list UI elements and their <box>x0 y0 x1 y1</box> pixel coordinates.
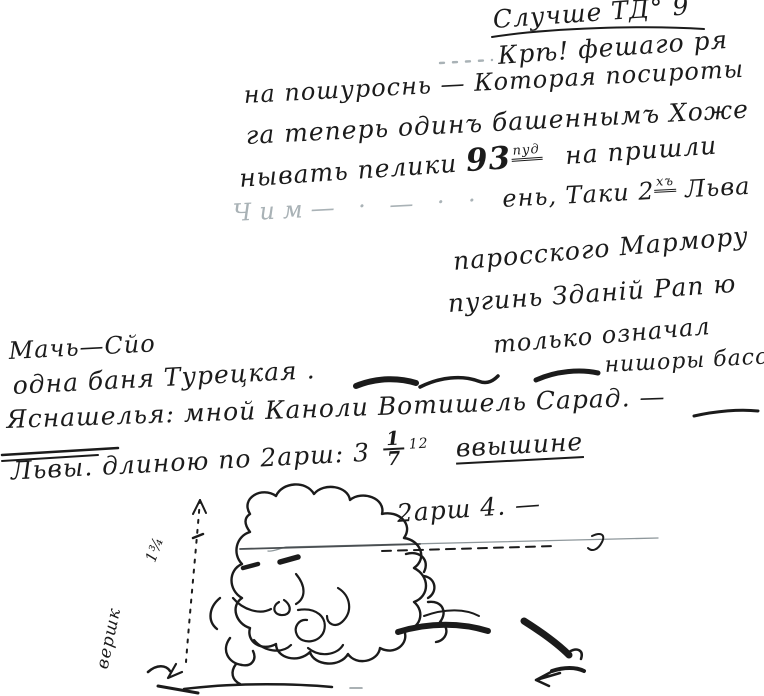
line5-text: нывать пелики <box>238 149 458 193</box>
fraction: 1 7 <box>383 429 405 468</box>
handwriting-line-11-left: одна баня Турецкая . <box>12 356 316 399</box>
handwriting-line-13: Львы. длиною по 2арш: 3 1 7 12 ввышине <box>10 424 584 492</box>
manuscript-page: Случше ТД° 9 Крѣ! фешаго ря на пошуроснь… <box>0 0 764 696</box>
weight-unit: пуд <box>510 142 542 162</box>
lion-eye-right <box>280 557 298 562</box>
fraction-denominator: 7 <box>384 447 405 468</box>
handwriting-line-8: пугинь Зданій Рап ю <box>447 270 737 318</box>
lion-eye-left <box>243 564 258 568</box>
dimension-line-vertical <box>148 500 206 693</box>
lion-mouth <box>233 598 271 612</box>
handwriting-line-11-right: нишоры бассей <box>604 344 764 378</box>
line6-text-end: Льва <box>684 172 751 203</box>
vertical-dimension-value: 1¾ <box>142 534 166 564</box>
faded-text: Чим— · — · · <box>232 186 484 227</box>
handwriting-line-7: паросского Мармору <box>452 222 750 275</box>
lion-face <box>233 557 349 654</box>
dimension-line-horizontal <box>240 534 658 551</box>
fraction-suffix: 12 <box>408 436 429 453</box>
line6-text: ень, Таки 2 <box>502 177 656 213</box>
length-dimension-label: 2арш 4. — <box>396 490 542 527</box>
handwriting-line-10: Мачь—Сйо <box>8 330 156 364</box>
lion-body <box>184 610 584 689</box>
weight-value: 93 <box>465 140 513 179</box>
line6-superscript: хъ <box>654 174 677 193</box>
handwriting-line-1: Случше ТД° 9 <box>492 0 690 33</box>
vertical-dimension-label: вершк <box>94 606 125 671</box>
fraction-numerator: 1 <box>386 430 401 449</box>
line5-text-end: на пришли <box>564 131 718 171</box>
ground-line <box>184 684 332 689</box>
height-word-underlined: ввышине <box>455 427 584 465</box>
lions-length-text: Львы. длиною по 2арш: 3 <box>10 438 371 486</box>
lion-nose <box>296 574 304 604</box>
lion-tail-arrow <box>536 672 560 686</box>
lion-tail <box>552 668 584 671</box>
